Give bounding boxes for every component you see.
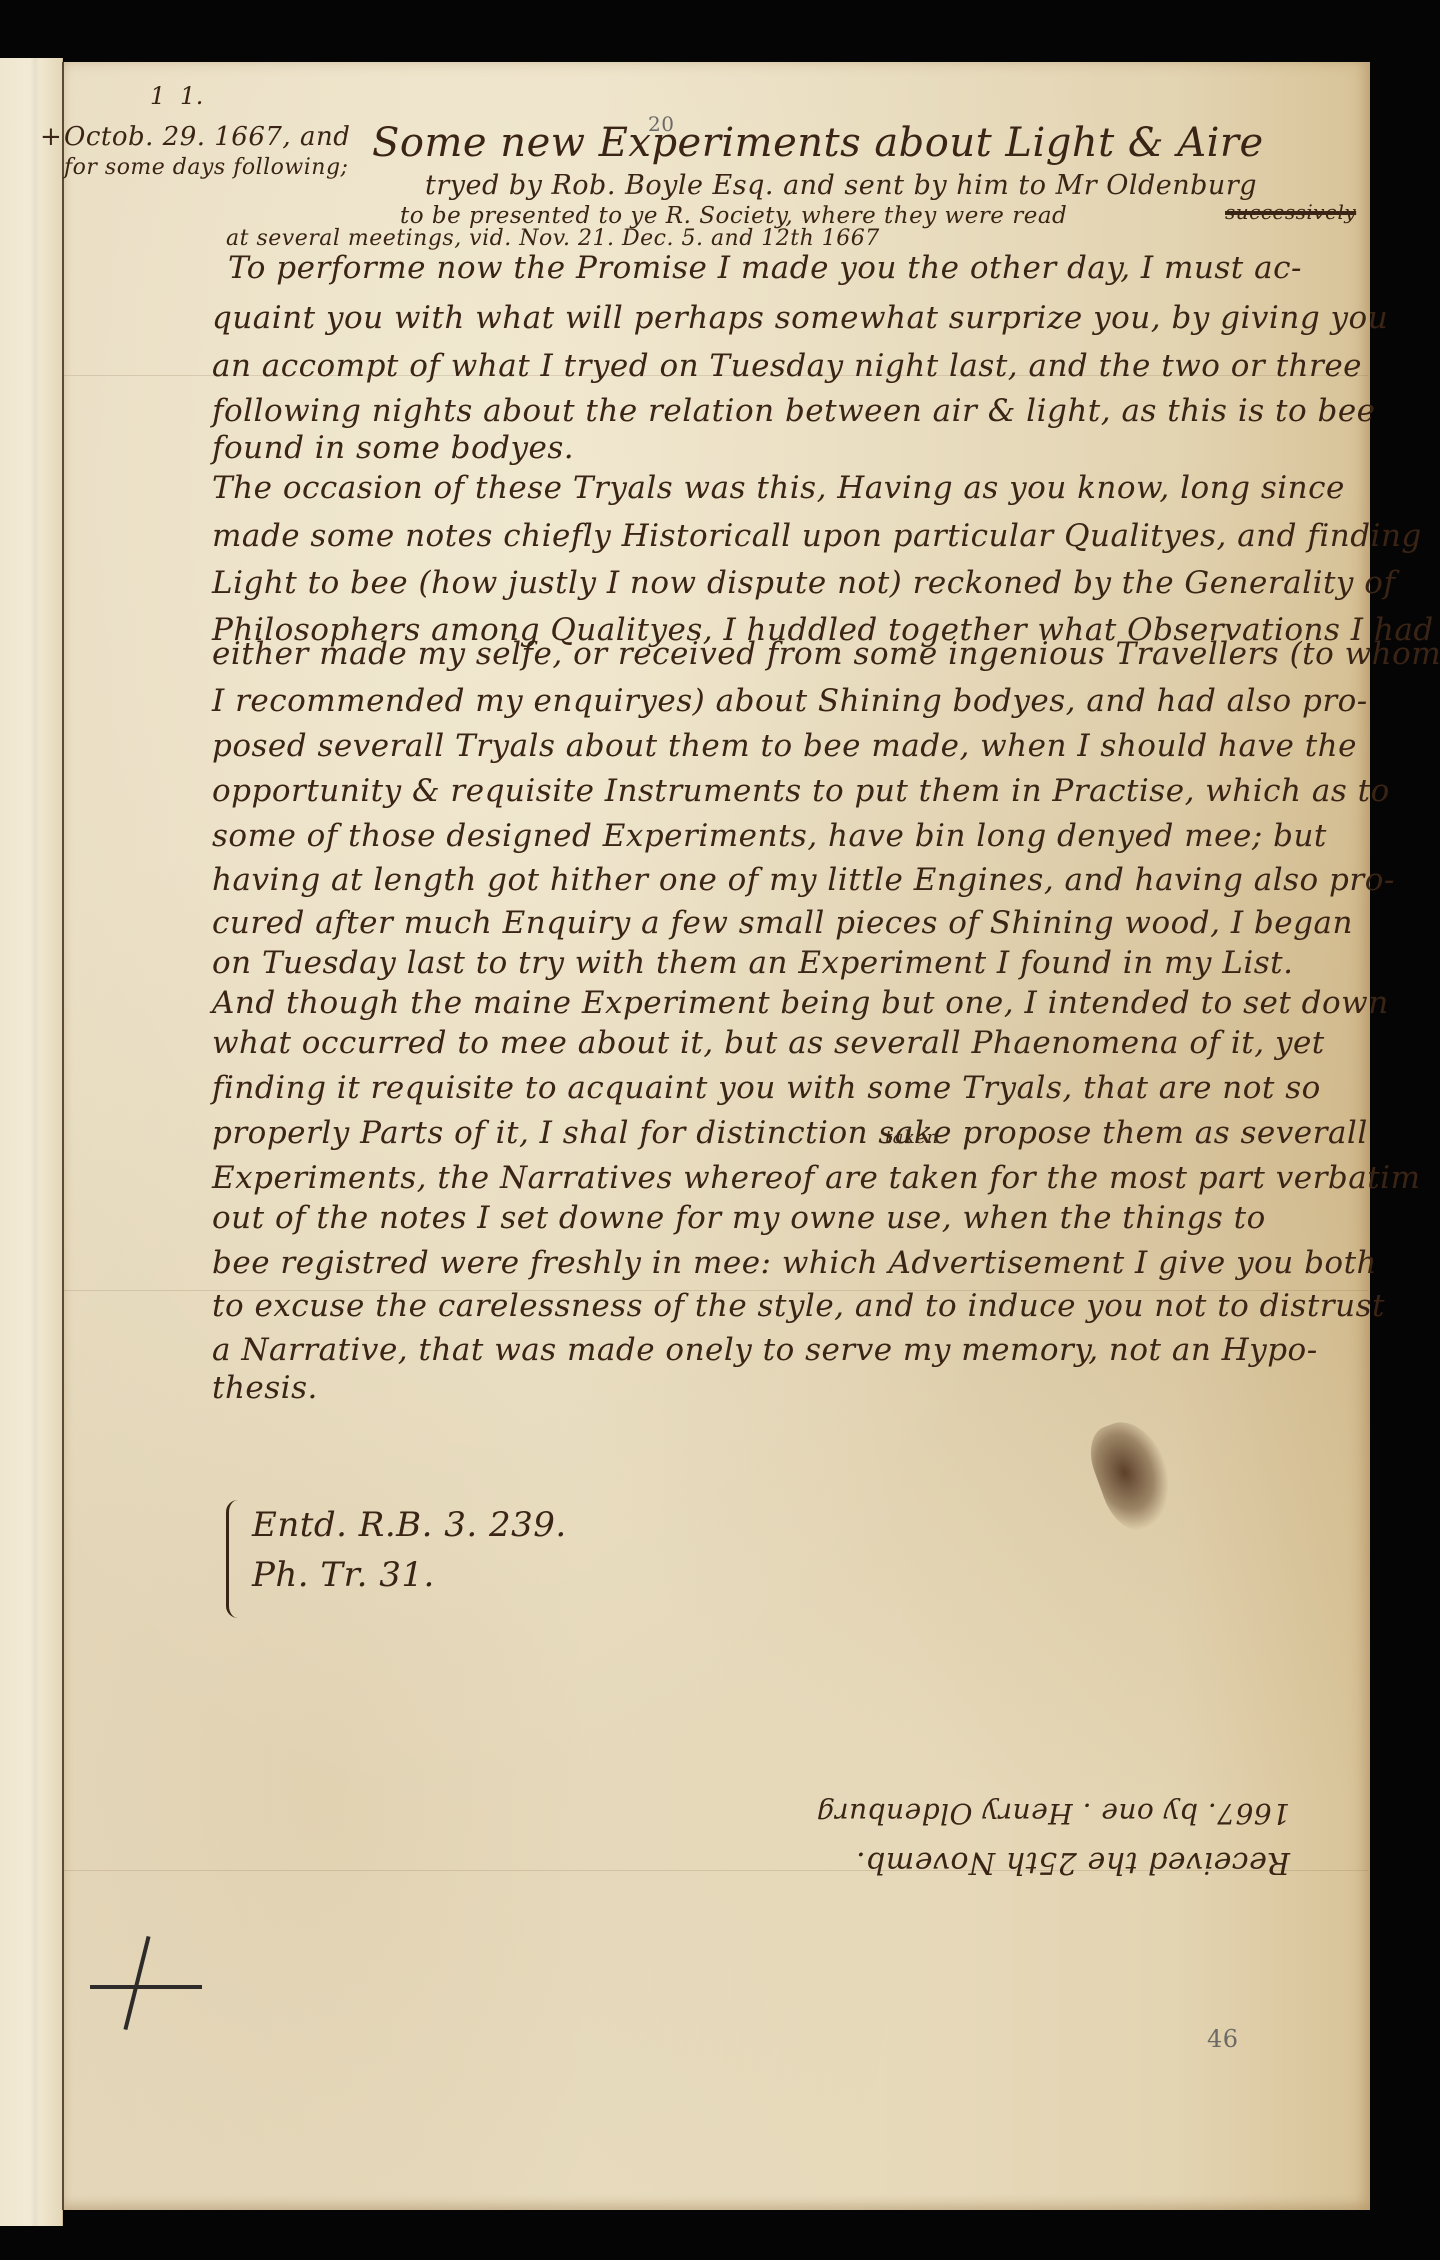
body-line: To performe now the Promise I made you t… [228,250,1302,286]
body-line: posed severall Tryals about them to bee … [212,728,1357,764]
body-line: what occurred to mee about it, but as se… [212,1025,1325,1061]
heading-line-2: tryed by Rob. Boyle Esq. and sent by him… [425,170,1257,201]
folio-mark: 1 [150,82,166,110]
folio-mark: 1. [180,82,204,110]
body-line: quaint you with what will perhaps somewh… [212,300,1388,336]
endorsement-line-2: 1667. by one . Henry Oldenburg [816,1797,1290,1830]
body-line: The occasion of these Tryals was this, H… [212,470,1345,506]
brace-mark [226,1500,247,1618]
body-line: following nights about the relation betw… [212,393,1376,429]
body-line: cured after much Enquiry a few small pie… [212,905,1353,941]
margin-note-following: for some days following; [64,155,348,180]
margin-note-date: Octob. 29. 1667, and [64,122,350,152]
plus-margin-mark: + [40,122,62,152]
body-line: Experiments, the Narratives whereof are … [212,1160,1421,1196]
body-line: opportunity & requisite Instruments to p… [212,773,1390,809]
inserted-word: taken [885,1127,939,1148]
body-line: an accompt of what I tryed on Tuesday ni… [212,348,1362,384]
body-line: some of those designed Experiments, have… [212,818,1327,854]
body-line: out of the notes I set downe for my owne… [212,1200,1266,1236]
body-line: finding it requisite to acquaint you wit… [212,1070,1321,1106]
body-line: Light to bee (how justly I now dispute n… [212,565,1395,601]
body-line: either made my selfe, or received from s… [212,636,1440,672]
heading-line-meetings: at several meetings, vid. Nov. 21. Dec. … [226,226,880,251]
struck-word: successively [1225,200,1356,224]
heading-line-1: Some new Experiments about Light & Aire [372,120,1264,166]
body-line: thesis. [212,1370,318,1406]
guard-fold-shadow [30,58,40,2226]
endorsement-upside-down: Received the 25th Novemb. 1667. by one .… [700,1770,1300,1890]
cross-horizontal-stroke [90,1985,202,1989]
body-line: And though the maine Experiment being bu… [212,985,1389,1021]
body-line: made some notes chiefly Historicall upon… [212,518,1422,554]
reference-register-book: Entd. R.B. 3. 239. [252,1505,567,1545]
body-line: properly Parts of it, I shal for distinc… [212,1115,1368,1151]
body-line: found in some bodyes. [212,430,574,466]
body-line: a Narrative, that was made onely to serv… [212,1332,1318,1368]
body-line: having at length got hither one of my li… [212,862,1395,898]
body-line: to excuse the carelessness of the style,… [212,1288,1385,1324]
reference-phil-trans: Ph. Tr. 31. [252,1555,435,1595]
body-line: on Tuesday last to try with them an Expe… [212,945,1294,981]
body-line: I recommended my enquiryes) about Shinin… [212,683,1368,719]
pencil-page-number: 46 [1207,2025,1239,2053]
body-line: bee registred were freshly in mee: which… [212,1245,1377,1281]
endorsement-line-1: Received the 25th Novemb. [856,1845,1290,1880]
